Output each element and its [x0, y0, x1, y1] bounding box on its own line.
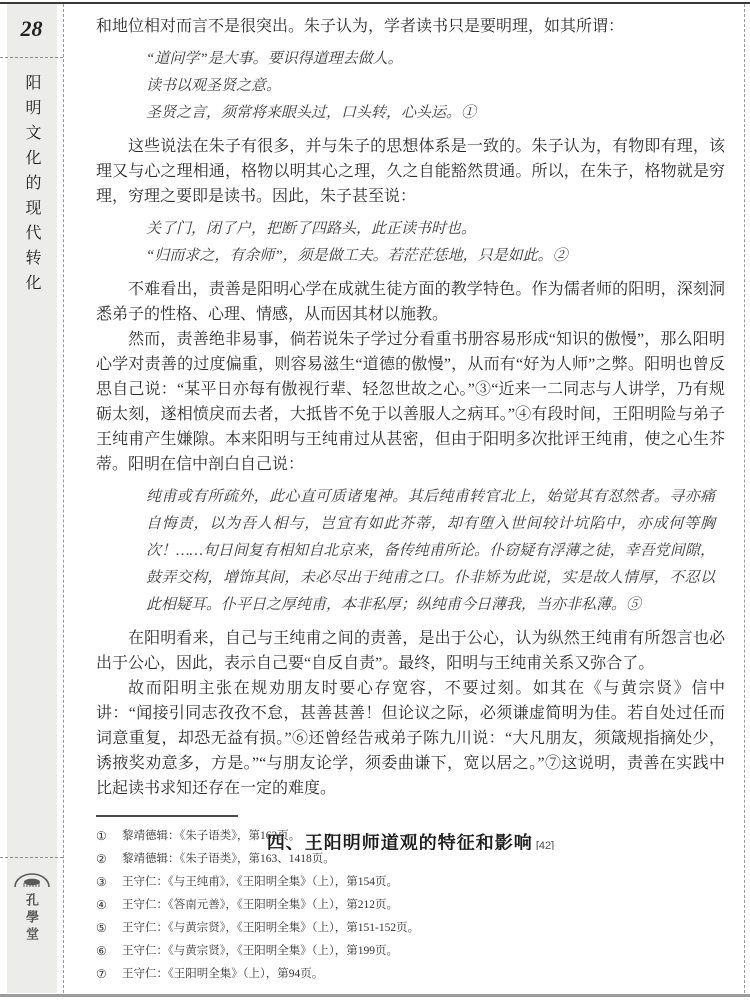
paragraph-zhuzi-thought: 这些说法在朱子有很多，并与朱子的思想体系是一致的。朱子认为，有物即有理，该理又与…	[96, 134, 725, 209]
sidebar-divider-bottom	[0, 857, 63, 858]
footnote-marker: ④	[96, 894, 122, 917]
footnote-text: 王守仁：《王阳明全集》（上），第94页。	[122, 963, 725, 986]
footnote-separator	[96, 815, 238, 817]
main-text-column: 和地位相对而言不是很突出。朱子认为，学者读书只是要明理，如其所谓： “道问学”是…	[96, 14, 725, 850]
top-rule	[0, 2, 750, 4]
footnote-item: ④ 王守仁：《答南元善》，《王阳明全集》（上），第212页。	[96, 894, 725, 917]
footnote-text: 王守仁：《与王纯甫》，《王阳明全集》（上），第154页。	[122, 871, 725, 894]
book-page: 28 阳明文化的现代转化 孔學堂 和地位相对而言不是很突出。朱子认为，学者读书只…	[0, 0, 750, 1000]
quote-line: 纯甫或有所疏外，此心直可质诸鬼神。其后纯甫转官北上，始觉其有怼然者。寻亦痛自悔责…	[146, 484, 715, 619]
footnotes-block: ① 黎靖德辑：《朱子语类》，第162页。 ② 黎靖德辑：《朱子语类》，第163、…	[96, 815, 725, 986]
sidebar-divider-top	[0, 57, 63, 58]
quote-block-letter-chunfu: 纯甫或有所疏外，此心直可质诸鬼神。其后纯甫转官北上，始觉其有怼然者。寻亦痛自悔责…	[146, 484, 715, 619]
footnote-marker: ⑥	[96, 940, 122, 963]
page-number: 28	[0, 16, 63, 42]
footnote-item: ③ 王守仁：《与王纯甫》，《王阳明全集》（上），第154页。	[96, 871, 725, 894]
footnote-text: 王守仁：《与黄宗贤》，《王阳明全集》（上），第151-152页。	[122, 917, 725, 940]
quote-line: “归而求之，有余师”，须是做工夫。若茫茫恁地，只是如此。②	[146, 243, 715, 270]
footnote-text: 黎靖德辑：《朱子语类》，第163、1418页。	[122, 848, 725, 871]
footnote-marker: ⑦	[96, 963, 122, 986]
paragraph-zeshan-feature: 不难看出，责善是阳明心学在成就生徒方面的教学特色。作为儒者师的阳明，深刻洞悉弟子…	[96, 277, 725, 327]
right-margin-rule	[744, 4, 745, 993]
gutter-rule	[63, 4, 64, 993]
paragraph-public-mind: 在阳明看来，自己与王纯甫之间的责善，是出于公心，认为纵然王纯甫有所怨言也必出于公…	[96, 626, 725, 676]
publisher-logo: 孔學堂	[0, 872, 63, 949]
paragraph-moral-arrogance: 然而，责善绝非易事，倘若说朱子学过分看重书册容易形成“知识的傲慢”，那么阳明心学…	[96, 327, 725, 477]
footnote-marker: ①	[96, 825, 122, 848]
quote-line: 关了门，闭了户，把断了四路头，此正读书时也。	[146, 216, 715, 243]
footnote-text: 王守仁：《答南元善》，《王阳明全集》（上），第212页。	[122, 894, 725, 917]
paragraph-tolerance: 故而阳明主张在规劝朋友时要心存宽容，不要过刻。如其在《与黄宗贤》信中讲：“闻接引…	[96, 676, 725, 801]
footnote-marker: ⑤	[96, 917, 122, 940]
footnote-text: 黎靖德辑：《朱子语类》，第162页。	[122, 825, 725, 848]
footnote-item: ② 黎靖德辑：《朱子语类》，第163、1418页。	[96, 848, 725, 871]
bottom-rule	[0, 994, 750, 997]
quote-line: “道问学”是大事。要识得道理去做人。	[146, 46, 715, 73]
footnote-item: ⑤ 王守仁：《与黄宗贤》，《王阳明全集》（上），第151-152页。	[96, 917, 725, 940]
footnote-item: ① 黎靖德辑：《朱子语类》，第162页。	[96, 825, 725, 848]
publisher-logo-text: 孔學堂	[22, 893, 41, 944]
quote-block-zhuzi-reading: “道问学”是大事。要识得道理去做人。 读书以观圣贤之意。 圣贤之言，须常将来眼头…	[146, 46, 715, 127]
footnote-item: ⑦ 王守仁：《王阳明全集》（上），第94页。	[96, 963, 725, 986]
footnote-text: 王守仁：《与黄宗贤》，《王阳明全集》（上），第199页。	[122, 940, 725, 963]
paragraph-continued: 和地位相对而言不是很突出。朱子认为，学者读书只是要明理，如其所谓：	[96, 14, 725, 39]
academy-roof-icon	[12, 872, 52, 890]
footnote-marker: ②	[96, 848, 122, 871]
running-title-vertical: 阳明文化的现代转化	[0, 74, 63, 304]
quote-line: 圣贤之言，须常将来眼头过，口头转，心头运。①	[146, 100, 715, 127]
quote-line: 读书以观圣贤之意。	[146, 73, 715, 100]
footnote-marker: ③	[96, 871, 122, 894]
quote-block-zhuzi-door: 关了门，闭了户，把断了四路头，此正读书时也。 “归而求之，有余师”，须是做工夫。…	[146, 216, 715, 270]
footnote-item: ⑥ 王守仁：《与黄宗贤》，《王阳明全集》（上），第199页。	[96, 940, 725, 963]
